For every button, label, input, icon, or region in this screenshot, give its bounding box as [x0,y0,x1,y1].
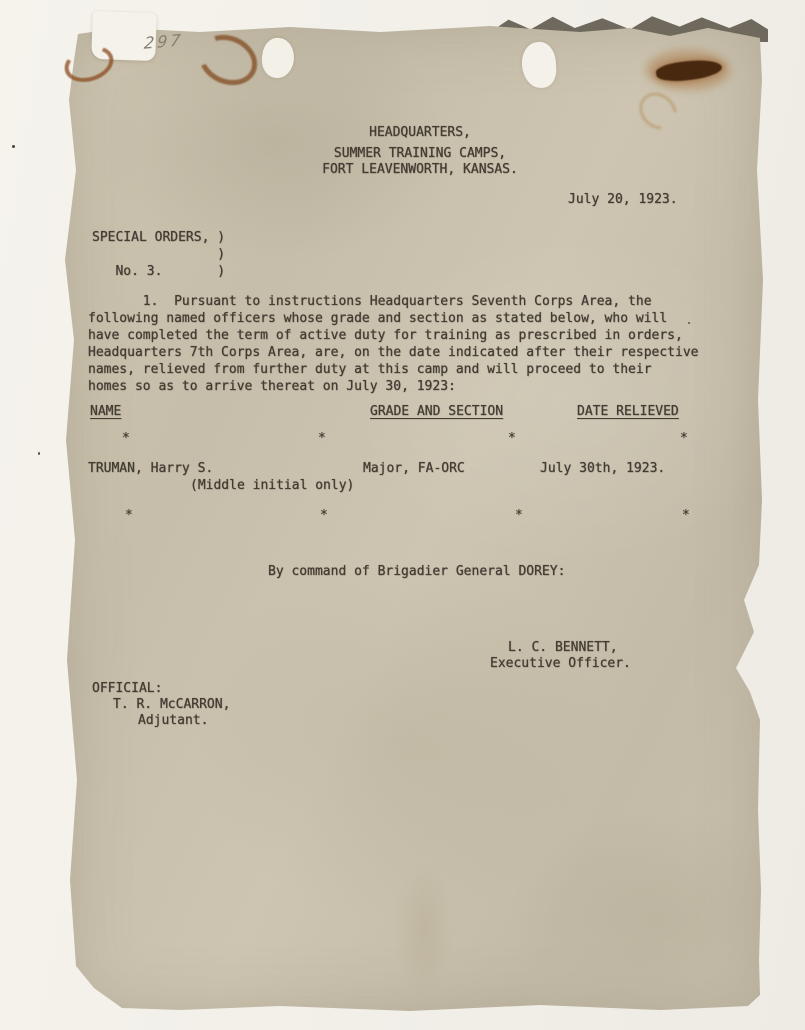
paragraph-line: following named officers whose grade and… [88,310,667,327]
asterisk-separator: * [682,508,690,523]
column-header-grade: GRADE AND SECTION [370,403,503,420]
asterisk-separator: * [515,508,523,523]
paper-speck [38,452,40,455]
asterisk-separator: * [320,508,328,523]
official-name: T. R. McCARRON, [113,696,230,713]
order-heading-line-1: SPECIAL ORDERS, ) [92,229,225,246]
official-label: OFFICIAL: [92,680,162,697]
paragraph-line: Headquarters 7th Corps Area, are, on the… [88,344,698,361]
paragraph-line: names, relieved from further duty at thi… [88,361,652,378]
asterisk-separator: * [122,431,130,446]
signature-title: Executive Officer. [490,655,631,672]
paper-speck [12,145,15,148]
order-heading-line-2: ) [92,246,225,263]
letterhead-line-1: HEADQUARTERS, [150,124,690,141]
officer-date-relieved: July 30th, 1923. [540,460,665,477]
order-heading-line-3: No. 3. ) [92,263,225,280]
asterisk-separator: * [680,431,688,446]
paragraph-line: 1. Pursuant to instructions Headquarters… [88,293,652,310]
paragraph-line: have completed the term of active duty f… [88,327,683,344]
column-header-date: DATE RELIEVED [577,403,679,420]
document-date: July 20, 1923. [568,191,678,208]
column-header-name: NAME [90,403,121,420]
letterhead-line-2: SUMMER TRAINING CAMPS, [150,145,690,162]
officer-name: TRUMAN, Harry S. [88,460,213,477]
asterisk-separator: * [508,431,516,446]
asterisk-separator: * [125,508,133,523]
paper-stain [396,866,452,994]
signature-name: L. C. BENNETT, [508,639,618,656]
letterhead-line-3: FORT LEAVENWORTH, KANSAS. [150,161,690,178]
officer-name-note: (Middle initial only) [190,477,354,494]
asterisk-separator: * [318,431,326,446]
command-line: By command of Brigadier General DOREY: [268,563,565,580]
paper-speck [688,322,690,324]
scanned-document: 297 HEADQUARTERS, SUMMER TRAINING CAMPS,… [0,0,805,1030]
officer-grade: Major, FA-ORC [363,460,465,477]
handwritten-page-number: 297 [143,30,184,53]
paragraph-line: homes so as to arrive thereat on July 30… [88,378,456,395]
official-title: Adjutant. [138,712,208,729]
